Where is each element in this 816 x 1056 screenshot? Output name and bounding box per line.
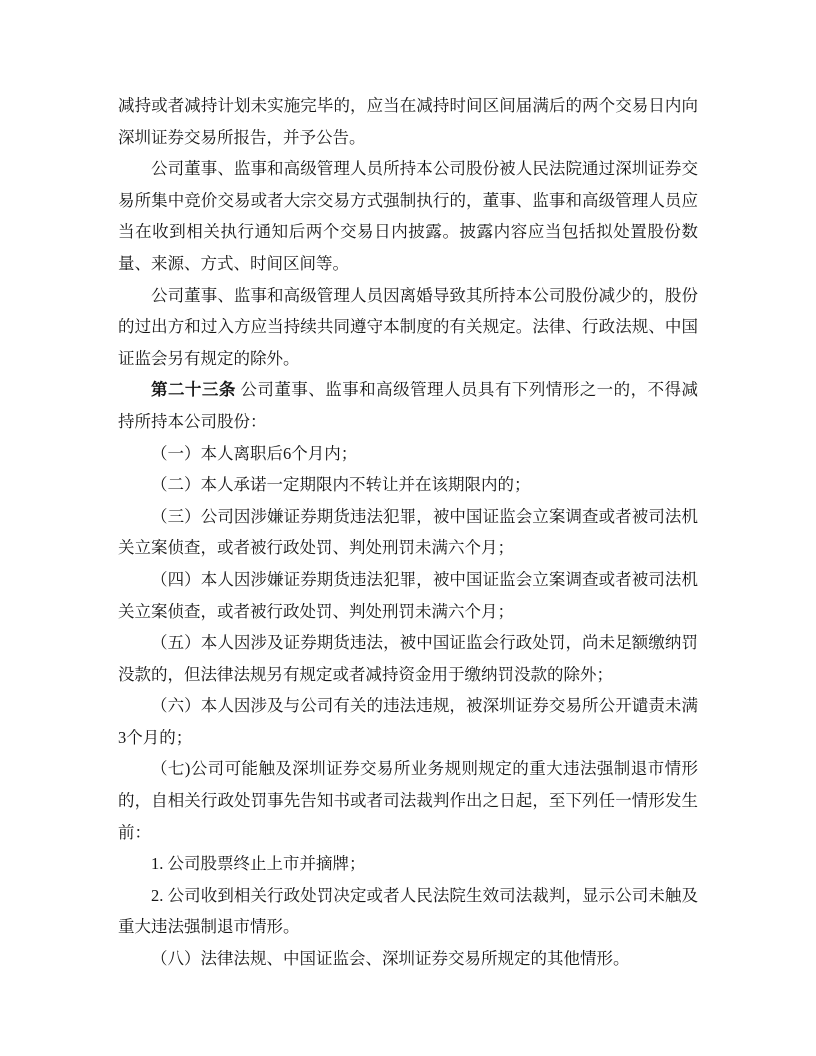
para-item-6: （六）本人因涉及与公司有关的违法违规，被深圳证券交易所公开谴责未满 3个月的； <box>118 690 698 753</box>
para-item-1: （一）本人离职后6个月内； <box>118 438 698 470</box>
para-item-7-sub-1: 1. 公司股票终止上市并摘牌； <box>118 848 698 880</box>
para-article-23: 第二十三条 公司董事、监事和高级管理人员具有下列情形之一的，不得减持所持本公司股… <box>118 374 698 437</box>
para-item-7-sub-2: 2. 公司收到相关行政处罚决定或者人民法院生效司法裁判，显示公司未触及重大违法强… <box>118 880 698 943</box>
para-enforcement-disclosure: 公司董事、监事和高级管理人员所持本公司股份被人民法院通过深圳证券交易所集中竞价交… <box>118 153 698 279</box>
para-item-8: （八）法律法规、中国证监会、深圳证券交易所规定的其他情形。 <box>118 943 698 975</box>
para-item-2: （二）本人承诺一定期限内不转让并在该期限内的； <box>118 469 698 501</box>
para-divorce-transfer: 公司董事、监事和高级管理人员因离婚导致其所持本公司股份减少的，股份的过出方和过入… <box>118 280 698 375</box>
document-body: 减持或者减持计划未实施完毕的，应当在减持时间区间届满后的两个交易日内向深圳证券交… <box>118 90 698 975</box>
para-item-3: （三）公司因涉嫌证券期货违法犯罪，被中国证监会立案调查或者被司法机关立案侦查，或… <box>118 501 698 564</box>
para-item-4: （四）本人因涉嫌证券期货违法犯罪，被中国证监会立案调查或者被司法机关立案侦查，或… <box>118 564 698 627</box>
para-report-obligation: 减持或者减持计划未实施完毕的，应当在减持时间区间届满后的两个交易日内向深圳证券交… <box>118 90 698 153</box>
para-item-5: （五）本人因涉及证券期货违法，被中国证监会行政处罚，尚未足额缴纳罚没款的，但法律… <box>118 627 698 690</box>
para-item-7: （七)公司可能触及深圳证券交易所业务规则规定的重大违法强制退市情形的，自相关行政… <box>118 753 698 848</box>
article-number: 第二十三条 <box>151 380 236 399</box>
document-page: 减持或者减持计划未实施完毕的，应当在减持时间区间届满后的两个交易日内向深圳证券交… <box>0 0 816 1056</box>
